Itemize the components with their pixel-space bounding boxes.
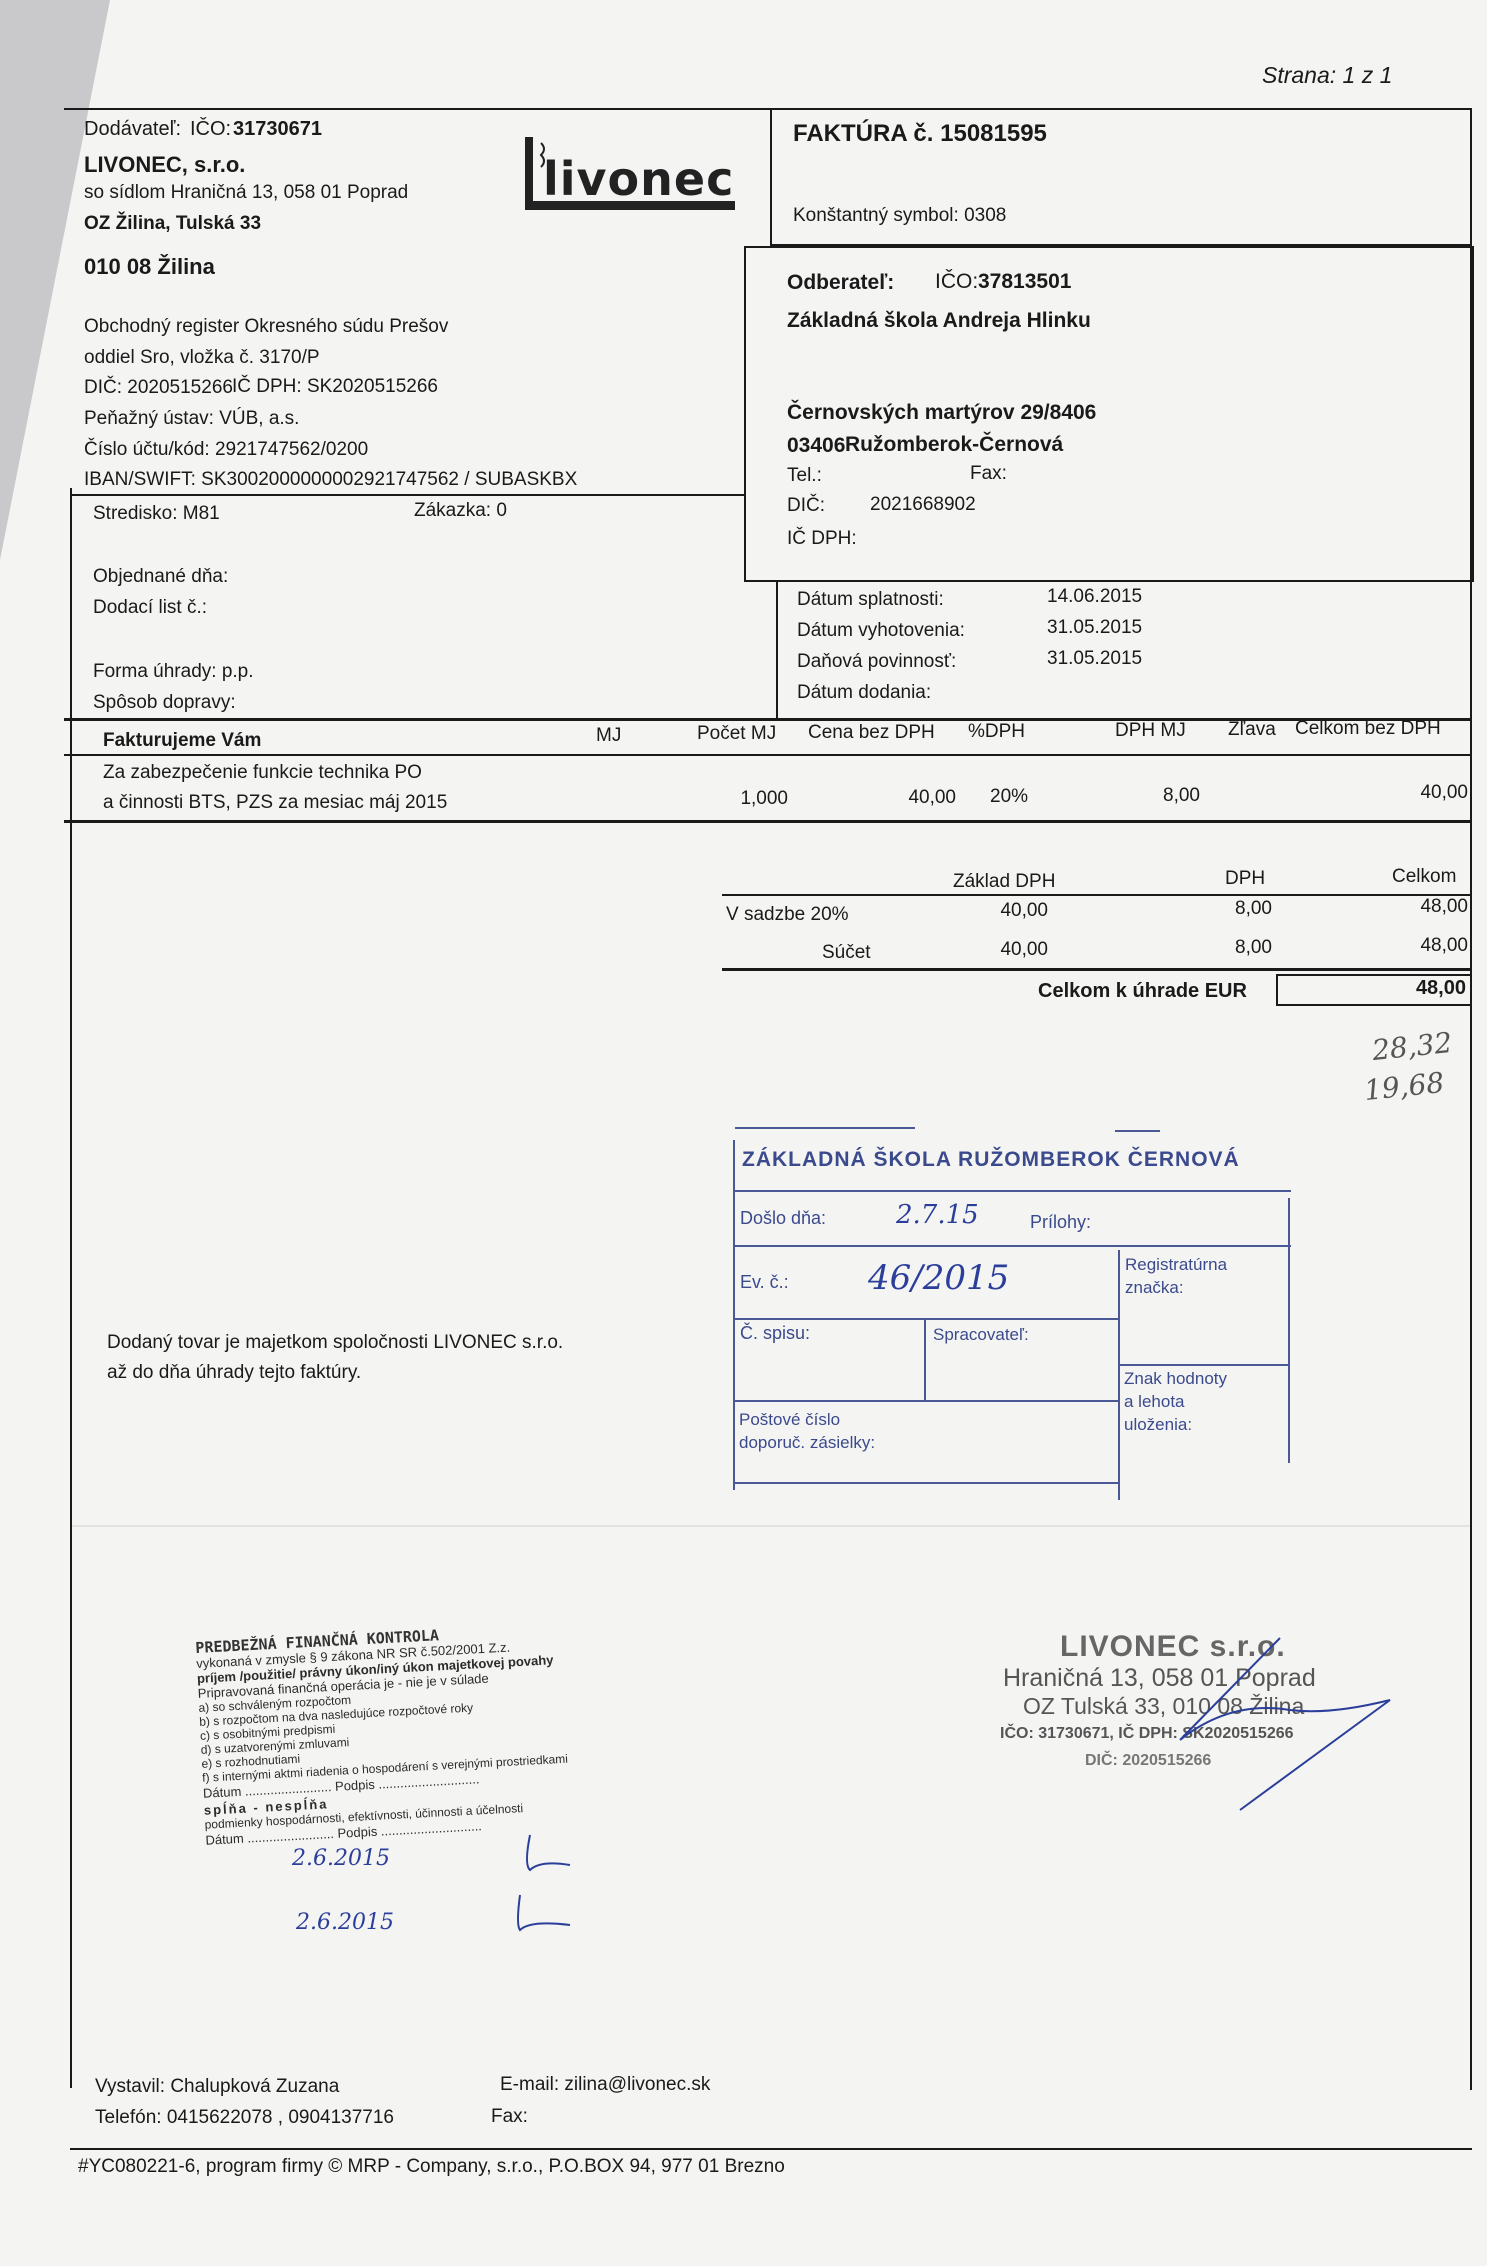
due-date-value: 14.06.2015 [1047, 586, 1142, 608]
footer-line [70, 2148, 1472, 2150]
handwritten-note-1: 28,32 [1370, 1026, 1453, 1067]
header-divider [770, 108, 772, 248]
customer-fax: Fax: [970, 463, 1007, 485]
customer-dic-label: DIČ: [787, 495, 825, 517]
frame-left-line [70, 488, 72, 2088]
item-vat-percent: 20% [990, 786, 1028, 808]
col-discount: Zľava [1228, 719, 1276, 741]
summary-sum-base: 40,00 [900, 939, 1048, 961]
invoice-title: FAKTÚRA č. 15081595 [793, 120, 1047, 148]
customer-name: Základná škola Andreja Hlinku [787, 309, 1091, 333]
customer-dic: 2021668902 [870, 494, 976, 516]
supplier-seat: so sídlom Hraničná 13, 058 01 Poprad [84, 182, 408, 204]
col-unit: MJ [596, 725, 621, 747]
delivery-date-label: Dátum dodania: [797, 682, 931, 704]
delivery-note: Dodací list č.: [93, 597, 207, 619]
postal-number-label-1: Poštové číslo [739, 1410, 840, 1430]
contact-phone: Telefón: 0415622078 , 0904137716 [95, 2107, 394, 2129]
summary-total-header: Celkom [1392, 866, 1456, 888]
payment-method: Forma úhrady: p.p. [93, 661, 254, 683]
record-number-label: Ev. č.: [740, 1272, 789, 1293]
value-mark-label-2: a lehota [1124, 1392, 1185, 1412]
item-description-line1: Za zabezpečenie funkcie technika PO [103, 762, 422, 784]
paper-fold-crease [72, 1525, 1470, 1527]
customer-label: Odberateľ: [787, 271, 894, 295]
supplier-register: Obchodný register Okresného súdu Prešov [84, 316, 448, 338]
dates-divider [776, 582, 778, 720]
col-description: Fakturujeme Vám [103, 730, 261, 752]
zakazka: Zákazka: 0 [414, 500, 507, 522]
control-signature [500, 1830, 620, 1940]
software-credit: #YC080221-6, program firmy © MRP - Compa… [78, 2156, 785, 2178]
summary-sum-vat: 8,00 [1160, 937, 1272, 959]
frame-top-line [64, 108, 1472, 110]
supplier-register-section: oddiel Sro, vložka č. 3170/P [84, 347, 320, 369]
transport-method: Spôsob dopravy: [93, 692, 236, 714]
value-mark-label-3: uloženia: [1124, 1415, 1192, 1435]
postal-number-label-2: doporuč. zásielky: [739, 1433, 875, 1453]
summary-sum-label: Súčet [822, 942, 871, 964]
items-bottom-line [64, 820, 1472, 823]
tax-date-label: Daňová povinnosť: [797, 651, 956, 673]
customer-tel: Tel.: [787, 465, 822, 487]
supplier-ico: 31730671 [233, 118, 322, 141]
tax-date-value: 31.05.2015 [1047, 648, 1142, 670]
supplier-icdph: IČ DPH: SK2020515266 [232, 376, 438, 398]
item-unit-price: 40,00 [860, 787, 956, 809]
supplier-name: LIVONEC, s.r.o. [84, 152, 245, 178]
registry-mark-label-2: značka: [1125, 1278, 1184, 1298]
contact-fax: Fax: [491, 2106, 528, 2128]
registry-stamp-title: ZÁKLADNÁ ŠKOLA RUŽOMBEROK ČERNOVÁ [742, 1148, 1240, 1172]
items-header-line [64, 754, 1472, 756]
supplier-account: Číslo účtu/kód: 2921747562/0200 [84, 439, 368, 461]
customer-street: Černovských martýrov 29/8406 [787, 401, 1096, 425]
received-label: Došlo dňa: [740, 1208, 826, 1229]
supplier-label: Dodávateľ: [84, 118, 181, 141]
control-date-1-handwritten: 2.6.2015 [292, 1846, 390, 1871]
customer-ico: 37813501 [978, 270, 1071, 294]
summary-rate-label: V sadzbe 20% [726, 904, 849, 926]
col-total: Celkom bez DPH [1295, 718, 1441, 740]
meta-top-line [70, 494, 745, 496]
supplier-branch: OZ Žilina, Tulská 33 [84, 213, 261, 235]
amount-due-value: 48,00 [1280, 977, 1466, 1000]
col-unit-price: Cena bez DPH [808, 722, 935, 744]
item-vat-unit: 8,00 [1100, 785, 1200, 807]
ordered-on: Objednané dňa: [93, 566, 228, 588]
summary-base-header: Základ DPH [953, 871, 1055, 893]
amount-due-label: Celkom k úhrade EUR [1038, 980, 1247, 1003]
due-date-label: Dátum splatnosti: [797, 589, 944, 611]
constant-symbol: Konštantný symbol: 0308 [793, 205, 1006, 227]
record-number: 46/2015 [868, 1258, 1009, 1298]
svg-text:livonec: livonec [543, 152, 734, 206]
item-description-line2: a činnosti BTS, PZS za mesiac máj 2015 [103, 792, 447, 814]
contact-email: E-mail: zilina@livonec.sk [500, 2074, 710, 2096]
ownership-note-line2: až do dňa úhrady tejto faktúry. [107, 1362, 361, 1384]
customer-zip: 03406 [787, 434, 845, 458]
value-mark-label-1: Znak hodnoty [1124, 1369, 1227, 1389]
summary-rate-base: 40,00 [900, 900, 1048, 922]
stredisko: Stredisko: M81 [93, 503, 220, 525]
registry-mark-label-1: Registratúrna [1125, 1255, 1227, 1275]
supplier-iban: IBAN/SWIFT: SK3002000000002921747562 / S… [84, 469, 577, 491]
attachments-label: Prílohy: [1030, 1212, 1091, 1233]
processor-label: Spracovateľ: [933, 1325, 1029, 1345]
summary-sum-total: 48,00 [1360, 935, 1468, 957]
file-number-label: Č. spisu: [740, 1323, 810, 1344]
supplier-ico-label: IČO: [190, 118, 231, 141]
supplier-dic: DIČ: 2020515266 [84, 377, 233, 399]
col-vat-unit: DPH MJ [1115, 720, 1186, 742]
customer-icdph: IČ DPH: [787, 528, 857, 550]
col-vat-percent: %DPH [968, 721, 1025, 743]
issued-by: Vystavil: Chalupková Zuzana [95, 2076, 339, 2098]
customer-city: Ružomberok-Černová [845, 433, 1063, 457]
livonec-logo: livonec [525, 135, 745, 215]
control-date-2-handwritten: 2.6.2015 [296, 1910, 394, 1935]
summary-bottom-line [722, 968, 1472, 971]
ownership-note-line1: Dodaný tovar je majetkom spoločnosti LIV… [107, 1332, 563, 1354]
summary-rate-total: 48,00 [1360, 896, 1468, 918]
item-quantity: 1,000 [700, 788, 788, 810]
summary-rate-vat: 8,00 [1160, 898, 1272, 920]
page-number: Strana: 1 z 1 [1262, 62, 1392, 89]
supplier-city: 010 08 Žilina [84, 254, 215, 280]
financial-control-stamp: PREDBEŽNÁ FINANČNÁ KONTROLA vykonaná v z… [195, 1615, 685, 1850]
col-quantity: Počet MJ [697, 723, 776, 745]
handwritten-note-2: 19,68 [1362, 1066, 1445, 1107]
company-signature [1150, 1630, 1410, 1820]
item-total: 40,00 [1360, 782, 1468, 804]
received-date: 2.7.15 [896, 1200, 979, 1230]
issue-date-label: Dátum vyhotovenia: [797, 620, 965, 642]
customer-ico-label: IČO: [935, 270, 978, 294]
summary-vat-header: DPH [1225, 868, 1265, 890]
supplier-bank: Peňažný ústav: VÚB, a.s. [84, 408, 299, 430]
issue-date-value: 31.05.2015 [1047, 617, 1142, 639]
